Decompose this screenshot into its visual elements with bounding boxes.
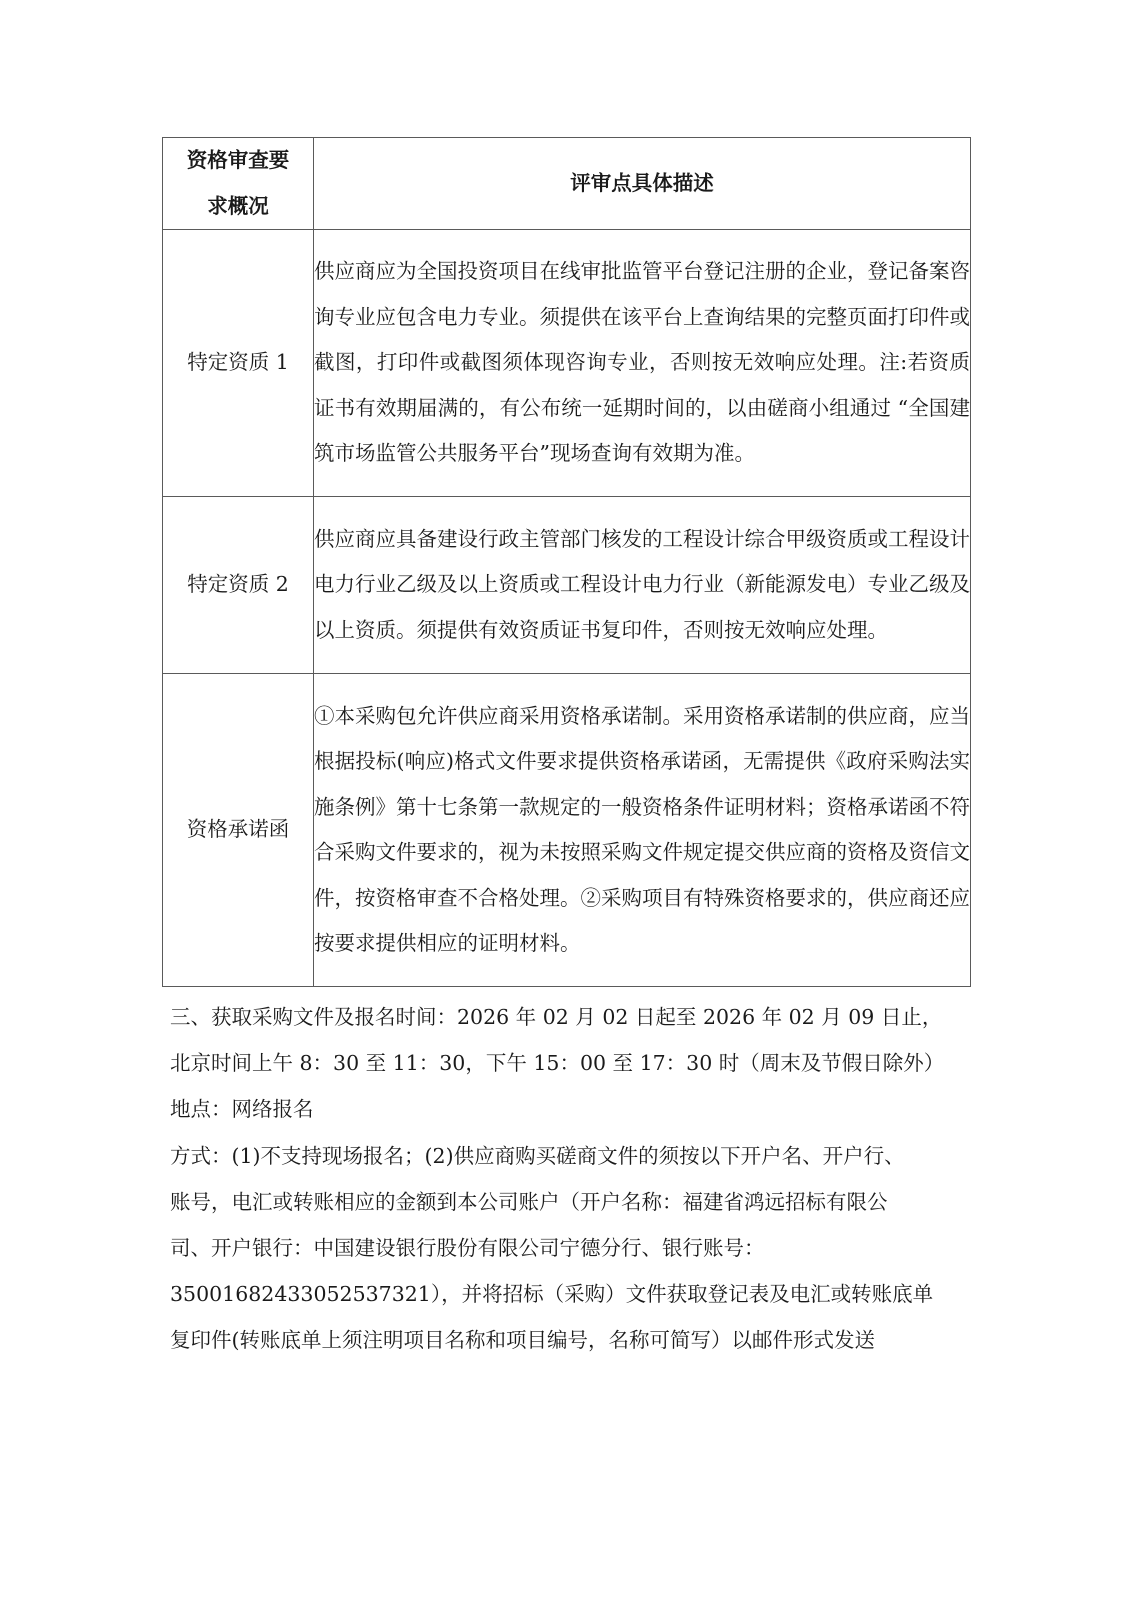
registration-time-line-2: 北京时间上午 8：30 至 11：30，下午 15：00 至 17：30 时（周… [170,1040,966,1086]
table-row: 特定资质 1 供应商应为全国投资项目在线审批监管平台登记注册的企业，登记备案咨询… [163,230,971,497]
document-page: 资格审查要 求概况 评审点具体描述 特定资质 1 供应商应为全国投资项目在线审批… [0,0,1131,1600]
row-description-specific-qualification-2: 供应商应具备建设行政主管部门核发的工程设计综合甲级资质或工程设计电力行业乙级及以… [314,497,971,674]
section-3-text: 三、获取采购文件及报名时间：2026 年 02 月 02 日起至 2026 年 … [170,994,966,1364]
row-description-specific-qualification-1: 供应商应为全国投资项目在线审批监管平台登记注册的企业，登记备案咨询专业应包含电力… [314,230,971,497]
header-requirement-line-2: 求概况 [163,184,313,230]
header-requirement-line-1: 资格审查要 [163,138,313,184]
row-label-specific-qualification-2: 特定资质 2 [163,497,314,674]
table-row: 特定资质 2 供应商应具备建设行政主管部门核发的工程设计综合甲级资质或工程设计电… [163,497,971,674]
registration-method-line-4: 35001682433052537321），并将招标（采购）文件获取登记表及电汇… [170,1271,966,1317]
table-header-row: 资格审查要 求概况 评审点具体描述 [163,138,971,230]
registration-location: 地点：网络报名 [170,1086,966,1132]
registration-method-line-1: 方式：(1)不支持现场报名；(2)供应商购买磋商文件的须按以下开户名、开户行、 [170,1133,966,1179]
qualification-review-table: 资格审查要 求概况 评审点具体描述 特定资质 1 供应商应为全国投资项目在线审批… [162,137,971,987]
row-description-qualification-commitment-letter: ①本采购包允许供应商采用资格承诺制。采用资格承诺制的供应商，应当根据投标(响应)… [314,674,971,987]
header-cell-review-description: 评审点具体描述 [314,138,971,230]
registration-method-line-2: 账号，电汇或转账相应的金额到本公司账户（开户名称：福建省鸿远招标有限公 [170,1179,966,1225]
header-cell-requirement-summary: 资格审查要 求概况 [163,138,314,230]
table-row: 资格承诺函 ①本采购包允许供应商采用资格承诺制。采用资格承诺制的供应商，应当根据… [163,674,971,987]
registration-method-line-5: 复印件(转账底单上须注明项目名称和项目编号，名称可简写）以邮件形式发送 [170,1317,966,1363]
registration-method-line-3: 司、开户银行：中国建设银行股份有限公司宁德分行、银行账号： [170,1225,966,1271]
row-label-specific-qualification-1: 特定资质 1 [163,230,314,497]
row-label-qualification-commitment-letter: 资格承诺函 [163,674,314,987]
registration-time-line-1: 三、获取采购文件及报名时间：2026 年 02 月 02 日起至 2026 年 … [170,994,966,1040]
